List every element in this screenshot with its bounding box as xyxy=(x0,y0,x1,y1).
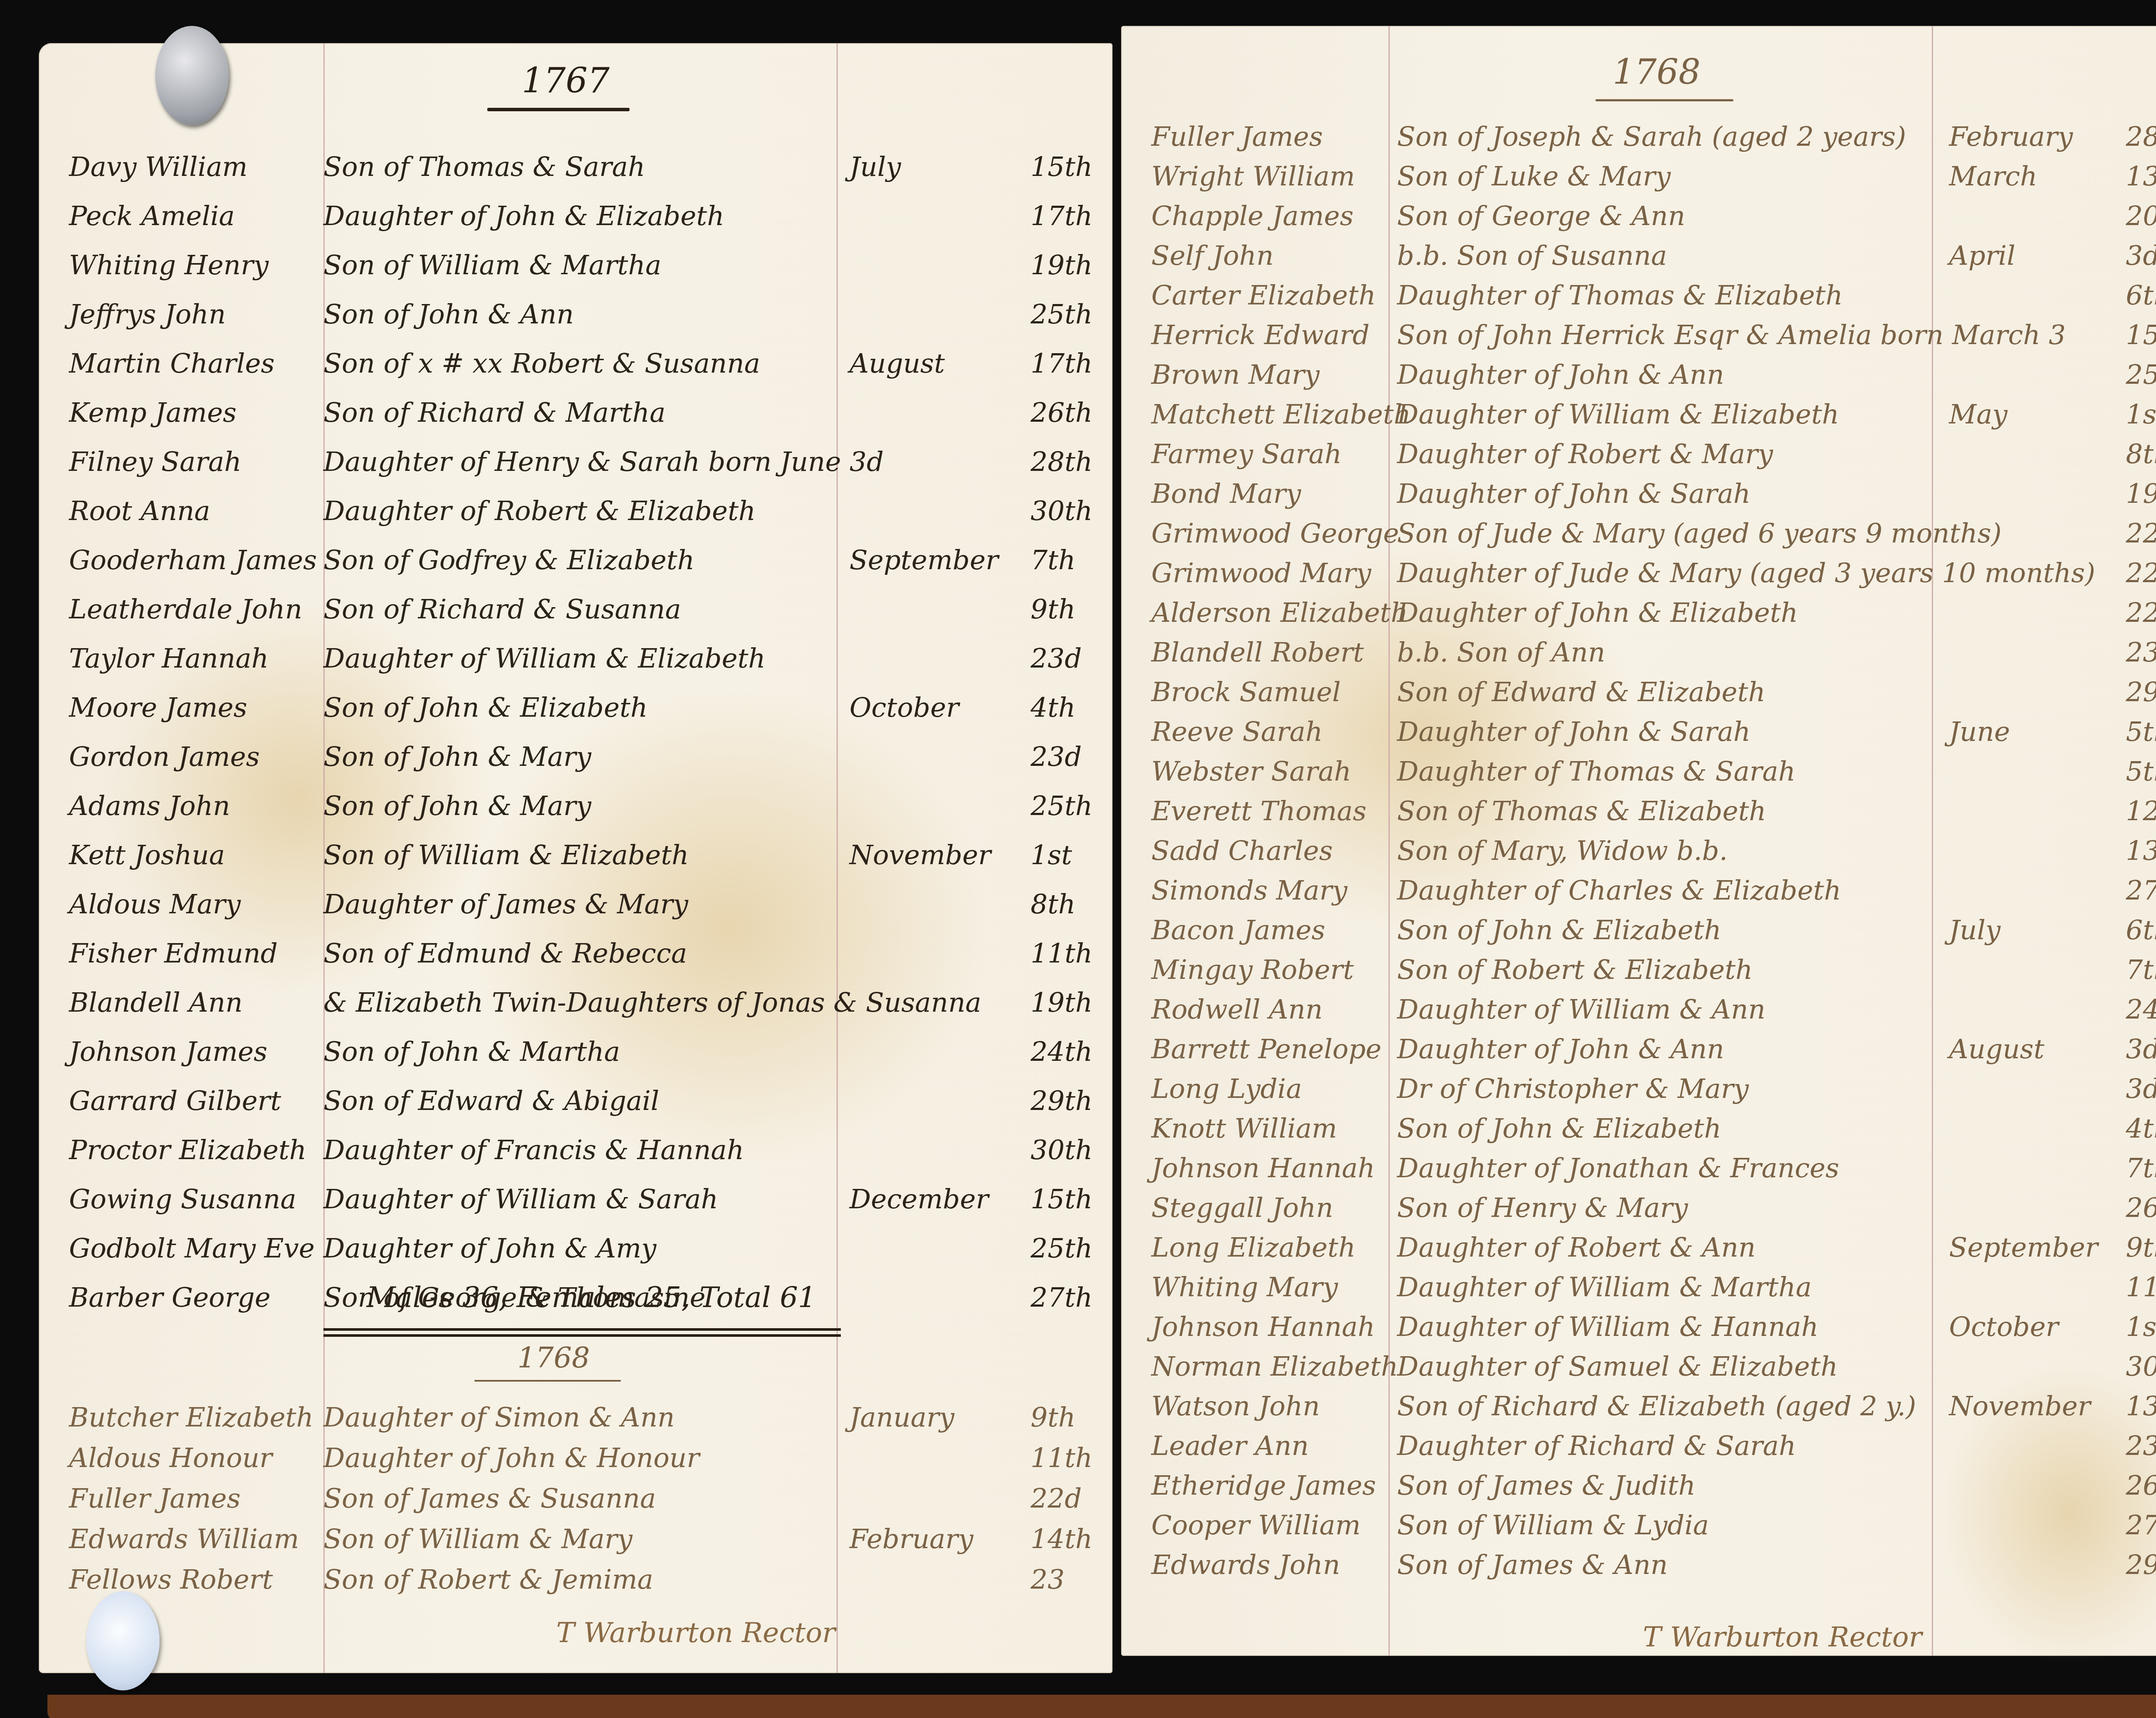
entry-day: 7th xyxy=(2126,1152,2156,1184)
register-entry: Aldous HonourDaughter of John & Honour11… xyxy=(39,1442,1112,1481)
entry-desc: Daughter of Robert & Ann xyxy=(1397,1232,1755,1263)
entry-name: Whiting Mary xyxy=(1151,1271,1338,1303)
entry-desc: Son of James & Judith xyxy=(1397,1470,1695,1501)
entry-desc: Daughter of James & Mary xyxy=(323,888,688,920)
entry-desc: Son of James & Ann xyxy=(1397,1549,1668,1580)
entry-name: Blandell Ann xyxy=(69,987,243,1018)
register-entry: Kemp JamesSon of Richard & Martha26th xyxy=(39,397,1112,436)
rector-signature: T Warburton Rector xyxy=(556,1617,835,1649)
entry-desc: Son of William & Elizabeth xyxy=(323,839,689,871)
entry-month: August xyxy=(1949,1033,2044,1065)
entry-name: Grimwood Mary xyxy=(1151,557,1371,589)
register-entry: Johnson JamesSon of John & Martha24th xyxy=(39,1036,1112,1075)
register-entry: Bacon JamesSon of John & ElizabethJuly6t… xyxy=(1121,914,2156,953)
register-entry: Gooderham JamesSon of Godfrey & Elizabet… xyxy=(39,544,1112,583)
entry-day: 9th xyxy=(1031,1401,1075,1433)
entry-day: 23 xyxy=(1031,1564,1065,1595)
entry-name: Aldous Honour xyxy=(69,1442,272,1473)
entry-month: June xyxy=(1949,716,2010,747)
entry-name: Chapple James xyxy=(1151,200,1354,232)
register-entry: Etheridge JamesSon of James & Judith26th xyxy=(1121,1470,2156,1508)
left-page: 1767 Davy WilliamSon of Thomas & SarahJu… xyxy=(39,43,1112,1673)
entry-day: 27th xyxy=(1031,1282,1093,1313)
entry-desc: Son of Edward & Abigail xyxy=(323,1085,659,1116)
entry-name: Matchett Elizabeth xyxy=(1151,398,1411,430)
entry-day: 24th xyxy=(1031,1036,1093,1067)
register-entry: Blandell Robertb.b. Son of Ann23 xyxy=(1121,636,2156,675)
entry-desc: Son of Richard & Susanna xyxy=(323,593,681,625)
entry-day: 23d xyxy=(2126,1430,2156,1461)
entry-desc: Daughter of John & Sarah xyxy=(1397,478,1751,509)
register-entry: Butcher ElizabethDaughter of Simon & Ann… xyxy=(39,1401,1112,1440)
register-entry: Norman ElizabethDaughter of Samuel & Eli… xyxy=(1121,1351,2156,1389)
register-entry: Alderson ElizabethDaughter of John & Eli… xyxy=(1121,597,2156,636)
entry-desc: Son of John & Ann xyxy=(323,298,574,330)
register-entry: Everett ThomasSon of Thomas & Elizabeth1… xyxy=(1121,795,2156,834)
entry-desc: Dr of Christopher & Mary xyxy=(1397,1073,1749,1104)
entry-name: Bond Mary xyxy=(1151,478,1301,509)
entry-day: 7th xyxy=(2126,954,2156,985)
register-entry: Mingay RobertSon of Robert & Elizabeth7t… xyxy=(1121,954,2156,993)
entry-name: Peck Amelia xyxy=(69,200,235,232)
entry-desc: Daughter of Jonathan & Frances xyxy=(1397,1152,1839,1184)
entry-month: September xyxy=(849,544,998,576)
entry-desc: Son of Thomas & Sarah xyxy=(323,151,645,182)
entry-name: Everett Thomas xyxy=(1151,795,1366,827)
register-entry: Long LydiaDr of Christopher & Mary3d xyxy=(1121,1073,2156,1112)
register-entry: Johnson HannahDaughter of William & Hann… xyxy=(1121,1311,2156,1350)
entry-name: Whiting Henry xyxy=(69,249,269,281)
entry-name: Rodwell Ann xyxy=(1151,994,1322,1025)
entry-name: Cooper William xyxy=(1151,1509,1361,1541)
entry-day: 23 xyxy=(2126,636,2156,668)
register-entry: Knott WilliamSon of John & Elizabeth4th xyxy=(1121,1113,2156,1151)
register-entry: Edwards JohnSon of James & Ann29th xyxy=(1121,1549,2156,1588)
entry-day: 25th xyxy=(1031,298,1093,330)
register-entry: Fuller JamesSon of James & Susanna22d xyxy=(39,1483,1112,1521)
entry-desc: Son of Luke & Mary xyxy=(1397,160,1671,192)
entry-month: November xyxy=(849,839,991,871)
entry-desc: Son of Joseph & Sarah (aged 2 years) xyxy=(1397,121,1906,152)
register-entry: Herrick EdwardSon of John Herrick Esqr &… xyxy=(1121,319,2156,358)
entry-month: February xyxy=(1949,121,2073,152)
entry-desc: Daughter of Robert & Mary xyxy=(1397,438,1773,470)
register-entry: Watson JohnSon of Richard & Elizabeth (a… xyxy=(1121,1390,2156,1429)
entry-desc: Daughter of Samuel & Elizabeth xyxy=(1397,1351,1838,1382)
entry-day: 4th xyxy=(1031,692,1075,723)
register-entry: Rodwell AnnDaughter of William & Ann24th xyxy=(1121,994,2156,1032)
entry-desc: Daughter of John & Elizabeth xyxy=(323,200,724,232)
entry-day: 22d xyxy=(1031,1483,1082,1514)
entry-name: Gordon James xyxy=(69,741,260,772)
entry-name: Grimwood George xyxy=(1151,517,1399,549)
entry-name: Long Lydia xyxy=(1151,1073,1302,1104)
register-entry: Moore JamesSon of John & ElizabethOctobe… xyxy=(39,692,1112,730)
entry-day: 26th xyxy=(2126,1192,2156,1223)
register-entry: Bond MaryDaughter of John & Sarah19th xyxy=(1121,478,2156,517)
entry-day: 15th xyxy=(2126,319,2156,351)
entry-month: January xyxy=(849,1401,954,1433)
entry-day: 15th xyxy=(1031,151,1093,182)
register-entry: Kett JoshuaSon of William & ElizabethNov… xyxy=(39,839,1112,878)
entry-desc: & Elizabeth Twin-Daughters of Jonas & Su… xyxy=(323,987,981,1018)
entry-desc: Daughter of John & Amy xyxy=(323,1232,656,1264)
year-heading: 1767 xyxy=(522,60,610,100)
entry-day: 3d xyxy=(2126,1033,2156,1065)
register-entry: Godbolt Mary EveDaughter of John & Amy25… xyxy=(39,1232,1112,1271)
entry-name: Mingay Robert xyxy=(1151,954,1354,985)
register-entry: Davy WilliamSon of Thomas & SarahJuly15t… xyxy=(39,151,1112,190)
heading-underline xyxy=(1595,99,1733,101)
entry-name: Taylor Hannah xyxy=(69,643,269,674)
register-entry: Proctor ElizabethDaughter of Francis & H… xyxy=(39,1134,1112,1173)
entry-desc: Son of Edmund & Rebecca xyxy=(323,937,687,969)
register-entry: Farmey SarahDaughter of Robert & Mary8th xyxy=(1121,438,2156,477)
entry-day: 26th xyxy=(2126,1470,2156,1501)
entry-name: Gooderham James xyxy=(69,544,317,576)
entry-day: 6th xyxy=(2126,279,2156,311)
entry-month: July xyxy=(849,151,901,182)
register-entry: Taylor HannahDaughter of William & Eliza… xyxy=(39,643,1112,681)
entry-day: 20th xyxy=(2126,200,2156,232)
register-entry: Peck AmeliaDaughter of John & Elizabeth1… xyxy=(39,200,1112,239)
entry-name: Watson John xyxy=(1151,1390,1320,1422)
entry-day: 29th xyxy=(1031,1085,1093,1116)
year-totals: Males 36, Females 25, Total 61 xyxy=(367,1281,816,1314)
entry-month: August xyxy=(849,348,945,379)
entry-name: Fuller James xyxy=(69,1483,241,1514)
register-entry: Reeve SarahDaughter of John & SarahJune5… xyxy=(1121,716,2156,755)
entry-desc: Daughter of William & Elizabeth xyxy=(1397,398,1839,430)
entry-day: 30th xyxy=(2126,1351,2156,1382)
register-entry: Grimwood MaryDaughter of Jude & Mary (ag… xyxy=(1121,557,2156,596)
entry-day: 8th xyxy=(2126,438,2156,470)
entry-name: Webster Sarah xyxy=(1151,756,1351,787)
entry-desc: Son of James & Susanna xyxy=(323,1483,656,1514)
entry-desc: Son of x # xx Robert & Susanna xyxy=(323,348,760,379)
register-entry: Chapple JamesSon of George & Ann20th xyxy=(1121,200,2156,239)
entry-day: 27th xyxy=(2126,1509,2156,1541)
entry-day: 27th xyxy=(2126,875,2156,906)
entry-desc: b.b. Son of Ann xyxy=(1397,636,1605,668)
entry-month: October xyxy=(849,692,959,723)
open-register-book: 1767 Davy WilliamSon of Thomas & SarahJu… xyxy=(39,30,2156,1695)
entry-name: Aldous Mary xyxy=(69,888,241,920)
register-entry: Self Johnb.b. Son of SusannaApril3d xyxy=(1121,240,2156,279)
entry-desc: Son of William & Mary xyxy=(323,1523,633,1555)
entry-name: Barrett Penelope xyxy=(1151,1033,1382,1065)
entry-month: March xyxy=(1949,160,2037,192)
entry-desc: Son of Thomas & Elizabeth xyxy=(1397,795,1766,827)
entry-day: 11th xyxy=(1031,937,1093,969)
entry-desc: Son of John & Martha xyxy=(323,1036,620,1067)
entry-desc: Son of John Herrick Esqr & Amelia born M… xyxy=(1397,319,2066,351)
entry-month: September xyxy=(1949,1232,2098,1263)
entry-desc: Daughter of John & Ann xyxy=(1397,359,1724,390)
entry-name: Leader Ann xyxy=(1151,1430,1309,1461)
entry-name: Godbolt Mary Eve xyxy=(69,1232,315,1264)
entry-name: Johnson Hannah xyxy=(1151,1311,1375,1342)
register-entry: Whiting MaryDaughter of William & Martha… xyxy=(1121,1271,2156,1310)
register-entry: Carter ElizabethDaughter of Thomas & Eli… xyxy=(1121,279,2156,318)
entry-day: 29th xyxy=(2126,676,2156,708)
heading-underline xyxy=(474,1380,621,1382)
entry-day: 7th xyxy=(1031,544,1075,576)
entry-name: Edwards William xyxy=(69,1523,299,1555)
entry-day: 22d xyxy=(2126,557,2156,589)
register-entry: Simonds MaryDaughter of Charles & Elizab… xyxy=(1121,875,2156,913)
register-entry: Martin CharlesSon of x # xx Robert & Sus… xyxy=(39,348,1112,386)
register-entry: Steggall JohnSon of Henry & Mary26th xyxy=(1121,1192,2156,1231)
entry-month: July xyxy=(1949,914,2001,946)
entry-month: April xyxy=(1949,240,2015,271)
entry-day: 28th xyxy=(1031,446,1093,477)
register-entry: Gordon JamesSon of John & Mary23d xyxy=(39,741,1112,780)
entry-name: Brown Mary xyxy=(1151,359,1319,390)
entry-name: Brock Samuel xyxy=(1151,676,1341,708)
entry-desc: Daughter of William & Sarah xyxy=(323,1183,718,1215)
entry-day: 9th xyxy=(2126,1232,2156,1263)
double-rule xyxy=(323,1328,841,1331)
entry-desc: Son of John & Elizabeth xyxy=(323,692,648,723)
entry-name: Johnson Hannah xyxy=(1151,1152,1375,1184)
entry-day: 30th xyxy=(1031,1134,1093,1166)
entry-desc: Son of William & Lydia xyxy=(1397,1509,1709,1541)
entry-day: 13th xyxy=(2126,835,2156,866)
entry-day: 13th xyxy=(2126,160,2156,192)
entry-name: Reeve Sarah xyxy=(1151,716,1322,747)
entry-day: 11th xyxy=(1031,1442,1093,1473)
double-rule xyxy=(323,1334,841,1337)
entry-desc: Son of John & Mary xyxy=(323,790,591,821)
entry-desc: Daughter of Simon & Ann xyxy=(323,1401,675,1433)
entry-month: November xyxy=(1949,1390,2090,1422)
entry-day: 17th xyxy=(1031,348,1093,379)
register-entry: Aldous MaryDaughter of James & Mary8th xyxy=(39,888,1112,927)
register-entry: Leader AnnDaughter of Richard & Sarah23d xyxy=(1121,1430,2156,1469)
entry-name: Barber George xyxy=(69,1282,270,1313)
entry-month: February xyxy=(849,1523,973,1555)
register-entry: Whiting HenrySon of William & Martha19th xyxy=(39,249,1112,288)
register-entry: Sadd CharlesSon of Mary, Widow b.b.13th xyxy=(1121,835,2156,874)
register-entry: Filney SarahDaughter of Henry & Sarah bo… xyxy=(39,446,1112,485)
entry-name: Etheridge James xyxy=(1151,1470,1376,1501)
entry-desc: Son of Richard & Elizabeth (aged 2 y.) xyxy=(1397,1390,1916,1422)
entry-day: 25th xyxy=(2126,359,2156,390)
entry-day: 9th xyxy=(1031,593,1075,625)
register-entry: Matchett ElizabethDaughter of William & … xyxy=(1121,398,2156,437)
entry-name: Norman Elizabeth xyxy=(1151,1351,1398,1382)
metal-page-weight xyxy=(155,26,229,125)
entry-name: Steggall John xyxy=(1151,1192,1333,1223)
entry-desc: Daughter of John & Sarah xyxy=(1397,716,1751,747)
register-entry: Jeffrys JohnSon of John & Ann25th xyxy=(39,298,1112,337)
register-entry: Grimwood GeorgeSon of Jude & Mary (aged … xyxy=(1121,517,2156,556)
entry-name: Leatherdale John xyxy=(69,593,302,625)
white-page-weight xyxy=(86,1591,160,1690)
entry-desc: b.b. Son of Susanna xyxy=(1397,240,1667,271)
entry-day: 14th xyxy=(1031,1523,1093,1555)
register-entry: Edwards WilliamSon of William & MaryFebr… xyxy=(39,1523,1112,1562)
entry-name: Kett Joshua xyxy=(69,839,225,871)
entry-name: Butcher Elizabeth xyxy=(69,1401,313,1433)
entry-name: Filney Sarah xyxy=(69,446,241,477)
entry-day: 19th xyxy=(2126,478,2156,509)
entry-desc: Daughter of Robert & Elizabeth xyxy=(323,495,755,527)
entry-desc: Daughter of William & Ann xyxy=(1397,994,1765,1025)
register-entry: Garrard GilbertSon of Edward & Abigail29… xyxy=(39,1085,1112,1124)
entry-day: 22d xyxy=(2126,597,2156,628)
register-entry: Barrett PenelopeDaughter of John & AnnAu… xyxy=(1121,1033,2156,1072)
entry-name: Fuller James xyxy=(1151,121,1323,152)
register-entry: Root AnnaDaughter of Robert & Elizabeth3… xyxy=(39,495,1112,534)
entry-name: Knott William xyxy=(1151,1113,1337,1144)
entry-desc: Daughter of John & Honour xyxy=(323,1442,699,1473)
register-entry: Fuller JamesSon of Joseph & Sarah (aged … xyxy=(1121,121,2156,160)
entry-name: Jeffrys John xyxy=(69,298,226,330)
entry-name: Fisher Edmund xyxy=(69,937,278,969)
entry-day: 30th xyxy=(1031,495,1093,527)
entry-day: 28th xyxy=(2126,121,2156,152)
entry-day: 1st xyxy=(2126,398,2156,430)
entry-day: 19th xyxy=(1031,249,1093,281)
entry-day: 25th xyxy=(1031,1232,1093,1264)
right-page: 1768 Fuller JamesSon of Joseph & Sarah (… xyxy=(1121,26,2156,1656)
entry-day: 23d xyxy=(1031,643,1082,674)
entry-day: 3d xyxy=(2126,240,2156,271)
entry-day: 25th xyxy=(1031,790,1093,821)
entry-desc: Son of Mary, Widow b.b. xyxy=(1397,835,1728,866)
entry-desc: Son of Robert & Elizabeth xyxy=(1397,954,1753,985)
entry-day: 29th xyxy=(2126,1549,2156,1580)
register-entry: Fellows RobertSon of Robert & Jemima23 xyxy=(39,1564,1112,1602)
entry-desc: Son of Edward & Elizabeth xyxy=(1397,676,1765,708)
entry-day: 23d xyxy=(1031,741,1082,772)
entry-desc: Son of Henry & Mary xyxy=(1397,1192,1688,1223)
entry-name: Alderson Elizabeth xyxy=(1151,597,1408,628)
register-entry: Cooper WilliamSon of William & Lydia27th xyxy=(1121,1509,2156,1548)
register-entry: Brown MaryDaughter of John & Ann25th xyxy=(1121,359,2156,398)
entry-day: 17th xyxy=(1031,200,1093,232)
entry-desc: Son of John & Mary xyxy=(323,741,591,772)
entry-name: Moore James xyxy=(69,692,247,723)
entry-name: Sadd Charles xyxy=(1151,835,1333,866)
entry-desc: Daughter of William & Hannah xyxy=(1397,1311,1818,1342)
entry-day: 5th xyxy=(2126,716,2156,747)
entry-name: Blandell Robert xyxy=(1151,636,1364,668)
entry-month: December xyxy=(849,1183,989,1215)
entry-name: Adams John xyxy=(69,790,230,821)
entry-desc: Daughter of John & Ann xyxy=(1397,1033,1724,1065)
register-entry: Adams JohnSon of John & Mary25th xyxy=(39,790,1112,829)
entry-name: Herrick Edward xyxy=(1151,319,1369,351)
register-entry: Blandell Ann& Elizabeth Twin-Daughters o… xyxy=(39,987,1112,1025)
entry-month: May xyxy=(1949,398,2007,430)
entry-name: Davy William xyxy=(69,151,248,182)
entry-name: Garrard Gilbert xyxy=(69,1085,281,1116)
entry-name: Carter Elizabeth xyxy=(1151,279,1376,311)
entry-desc: Son of John & Elizabeth xyxy=(1397,914,1721,946)
entry-day: 6th xyxy=(2126,914,2156,946)
entry-name: Proctor Elizabeth xyxy=(69,1134,307,1166)
year-heading: 1768 xyxy=(1613,52,1701,92)
entry-name: Bacon James xyxy=(1151,914,1325,946)
entry-name: Wright William xyxy=(1151,160,1355,192)
entry-name: Martin Charles xyxy=(69,348,275,379)
entry-month: October xyxy=(1949,1311,2059,1342)
entry-day: 11th xyxy=(2126,1271,2156,1303)
entry-desc: Son of Godfrey & Elizabeth xyxy=(323,544,695,576)
entry-desc: Daughter of William & Elizabeth xyxy=(323,643,765,674)
entry-day: 13th xyxy=(2126,1390,2156,1422)
register-entry: Fisher EdmundSon of Edmund & Rebecca11th xyxy=(39,937,1112,976)
entry-desc: Daughter of Thomas & Elizabeth xyxy=(1397,279,1843,311)
register-entry: Johnson HannahDaughter of Jonathan & Fra… xyxy=(1121,1152,2156,1191)
register-entry: Brock SamuelSon of Edward & Elizabeth29t… xyxy=(1121,676,2156,715)
entry-day: 1st xyxy=(2126,1311,2156,1342)
entry-desc: Daughter of John & Elizabeth xyxy=(1397,597,1798,628)
register-entry: Leatherdale JohnSon of Richard & Susanna… xyxy=(39,593,1112,632)
heading-underline xyxy=(487,108,630,111)
entry-name: Self John xyxy=(1151,240,1274,271)
register-entry: Long ElizabethDaughter of Robert & AnnSe… xyxy=(1121,1232,2156,1270)
register-entry: Webster SarahDaughter of Thomas & Sarah5… xyxy=(1121,756,2156,794)
entry-day: 24th xyxy=(2126,994,2156,1025)
entry-desc: Son of Jude & Mary (aged 6 years 9 month… xyxy=(1397,517,2002,549)
entry-day: 3d xyxy=(2126,1073,2156,1104)
entry-day: 26th xyxy=(1031,397,1093,428)
entry-day: 4th xyxy=(2126,1113,2156,1144)
register-entry: Wright WilliamSon of Luke & MaryMarch13t… xyxy=(1121,160,2156,199)
entry-name: Gowing Susanna xyxy=(69,1183,296,1215)
entry-desc: Son of Richard & Martha xyxy=(323,397,665,428)
entry-name: Long Elizabeth xyxy=(1151,1232,1356,1263)
entry-desc: Daughter of Henry & Sarah born June 3d xyxy=(323,446,884,477)
entry-name: Edwards John xyxy=(1151,1549,1340,1580)
entry-name: Fellows Robert xyxy=(69,1564,273,1595)
year-heading-1768: 1768 xyxy=(517,1341,590,1374)
entry-name: Root Anna xyxy=(69,495,210,527)
entry-name: Johnson James xyxy=(69,1036,267,1067)
entry-desc: Son of George & Ann xyxy=(1397,200,1685,232)
entry-desc: Son of William & Martha xyxy=(323,249,661,281)
entry-day: 5th xyxy=(2126,756,2156,787)
entry-desc: Daughter of William & Martha xyxy=(1397,1271,1811,1303)
entry-day: 22d xyxy=(2126,517,2156,549)
entry-desc: Daughter of Jude & Mary (aged 3 years 10… xyxy=(1397,557,2095,589)
entry-desc: Son of Robert & Jemima xyxy=(323,1564,653,1595)
entry-day: 15th xyxy=(1031,1183,1093,1215)
entry-day: 12th xyxy=(2126,795,2156,827)
entry-desc: Son of John & Elizabeth xyxy=(1397,1113,1721,1144)
entry-name: Farmey Sarah xyxy=(1151,438,1342,470)
entry-desc: Daughter of Thomas & Sarah xyxy=(1397,756,1796,787)
entry-desc: Daughter of Charles & Elizabeth xyxy=(1397,875,1841,906)
entry-name: Kemp James xyxy=(69,397,237,428)
entry-desc: Daughter of Francis & Hannah xyxy=(323,1134,744,1166)
entry-day: 19th xyxy=(1031,987,1093,1018)
entry-desc: Daughter of Richard & Sarah xyxy=(1397,1430,1796,1461)
entry-day: 1st xyxy=(1031,839,1072,871)
entry-name: Simonds Mary xyxy=(1151,875,1347,906)
rector-signature: T Warburton Rector xyxy=(1643,1621,1922,1653)
entry-day: 8th xyxy=(1031,888,1075,920)
book-cover-edge xyxy=(47,1695,2156,1718)
register-entry: Gowing SusannaDaughter of William & Sara… xyxy=(39,1183,1112,1222)
